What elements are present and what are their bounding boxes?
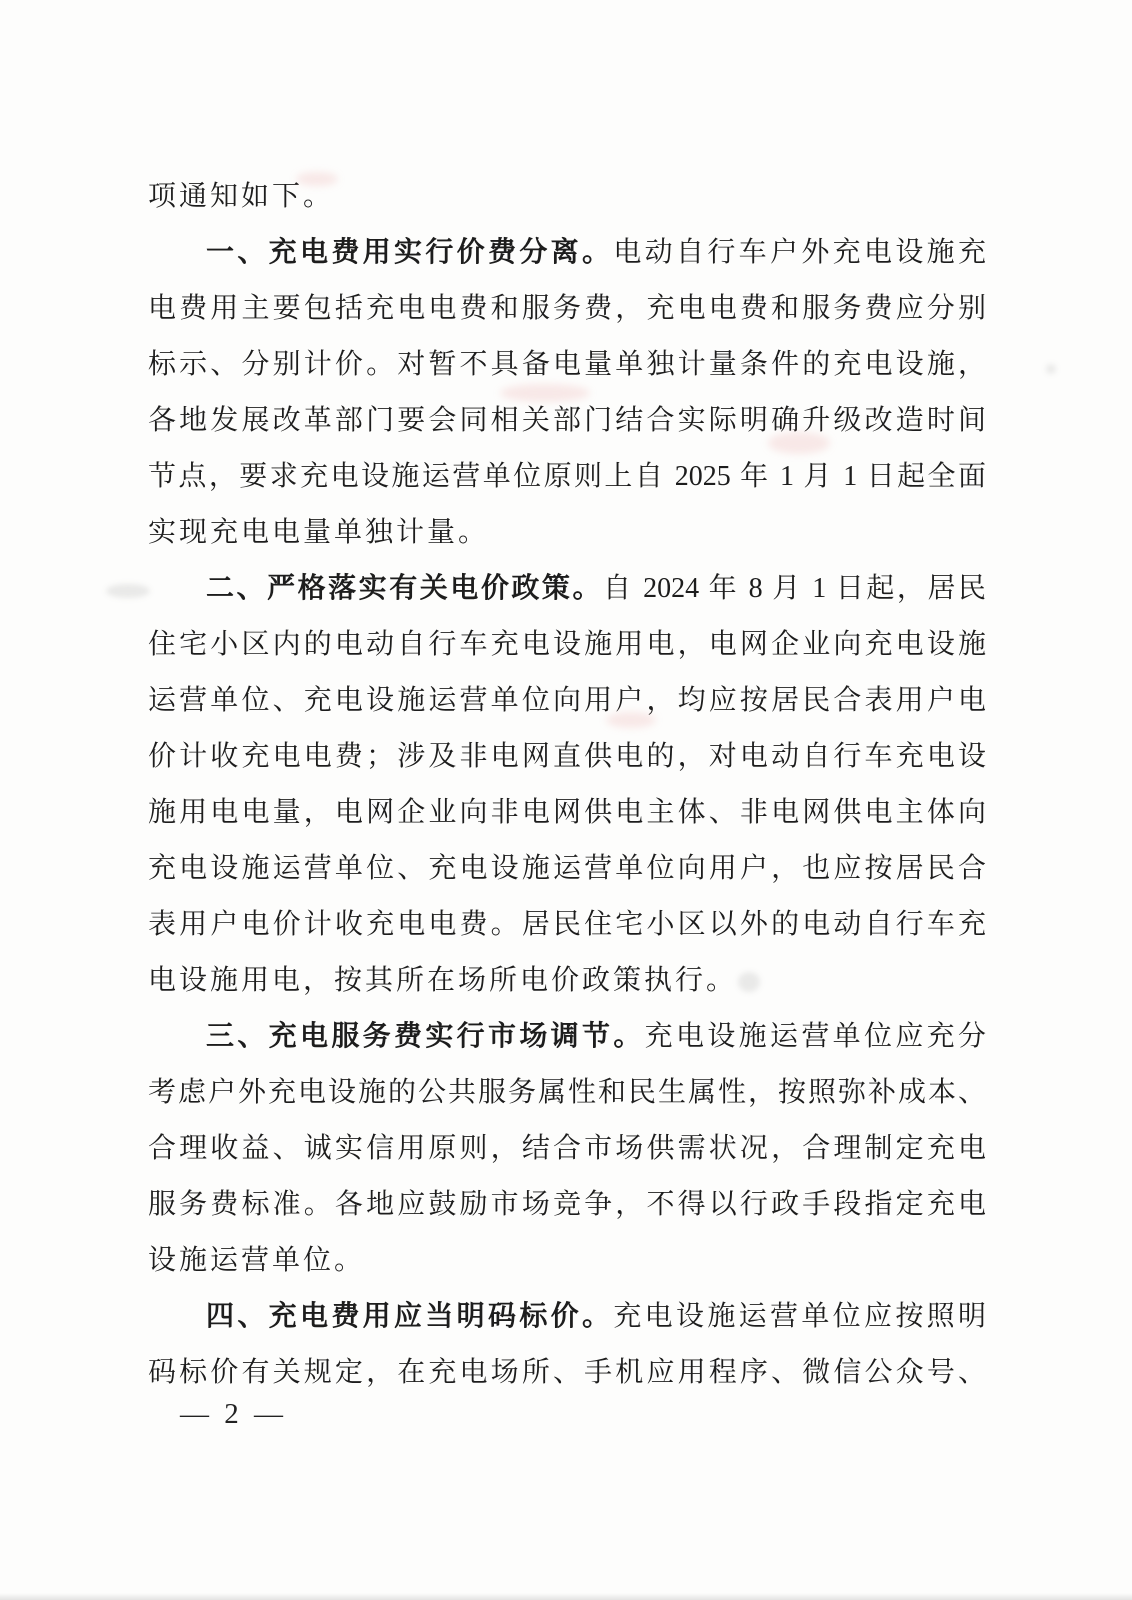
section-2-heading: 二、严格落实有关电价政策。 — [206, 572, 603, 603]
line-text: 表用户电价计收充电电费。居民住宅小区以外的电动自行车充 — [148, 909, 986, 940]
body-line: 施用电电量，电网企业向非电网供电主体、非电网供电主体向 — [148, 784, 986, 840]
line-text: 节点，要求充电设施运营单位原则上自 2025 年 1 月 1 日起全面 — [148, 461, 986, 492]
body-line-section-2-heading: 二、严格落实有关电价政策。自 2024 年 8 月 1 日起，居民 — [148, 560, 986, 616]
body-line-section-1-heading: 一、充电费用实行价费分离。电动自行车户外充电设施充 — [148, 224, 986, 280]
line-text: 项通知如下。 — [148, 181, 334, 212]
section-4-heading: 四、充电费用应当明码标价。 — [206, 1300, 613, 1331]
line-text: 运营单位、充电设施运营单位向用户，均应按居民合表用户电 — [148, 685, 986, 716]
scanned-document-page: 项通知如下。 一、充电费用实行价费分离。电动自行车户外充电设施充 电费用主要包括… — [0, 0, 1132, 1600]
body-line-section-3-heading: 三、充电服务费实行市场调节。充电设施运营单位应充分 — [148, 1008, 986, 1064]
line-text: 自 2024 年 8 月 1 日起，居民 — [603, 573, 986, 604]
section-1-heading: 一、充电费用实行价费分离。 — [206, 236, 613, 267]
line-text: 充电设施运营单位应充分 — [645, 1021, 986, 1052]
body-line: 表用户电价计收充电电费。居民住宅小区以外的电动自行车充 — [148, 896, 986, 952]
line-text: 充电设施运营单位应按照明 — [613, 1301, 986, 1332]
body-line: 电设施用电，按其所在场所电价政策执行。 — [148, 952, 986, 1008]
line-text: 考虑户外充电设施的公共服务属性和民生属性，按照弥补成本、 — [148, 1077, 986, 1108]
body-line: 项通知如下。 — [148, 168, 986, 224]
body-line: 服务费标准。各地应鼓励市场竞争，不得以行政手段指定充电 — [148, 1176, 986, 1232]
body-line: 考虑户外充电设施的公共服务属性和民生属性，按照弥补成本、 — [148, 1064, 986, 1120]
body-line-section-4-heading: 四、充电费用应当明码标价。充电设施运营单位应按照明 — [148, 1288, 986, 1344]
scan-artifact — [1046, 364, 1056, 374]
line-text: 合理收益、诚实信用原则，结合市场供需状况，合理制定充电 — [148, 1133, 986, 1164]
body-line: 标示、分别计价。对暂不具备电量单独计量条件的充电设施， — [148, 336, 986, 392]
body-line: 合理收益、诚实信用原则，结合市场供需状况，合理制定充电 — [148, 1120, 986, 1176]
line-text: 价计收充电电费；涉及非电网直供电的，对电动自行车充电设 — [148, 741, 986, 772]
body-line: 价计收充电电费；涉及非电网直供电的，对电动自行车充电设 — [148, 728, 986, 784]
body-line: 住宅小区内的电动自行车充电设施用电，电网企业向充电设施 — [148, 616, 986, 672]
line-text: 设施运营单位。 — [148, 1245, 365, 1276]
section-3-heading: 三、充电服务费实行市场调节。 — [206, 1020, 645, 1051]
line-text: 施用电电量，电网企业向非电网供电主体、非电网供电主体向 — [148, 797, 986, 828]
body-line: 运营单位、充电设施运营单位向用户，均应按居民合表用户电 — [148, 672, 986, 728]
body-line: 实现充电电量单独计量。 — [148, 504, 986, 560]
line-text: 标示、分别计价。对暂不具备电量单独计量条件的充电设施， — [148, 349, 986, 380]
line-text: 电动自行车户外充电设施充 — [613, 237, 986, 268]
body-line: 电费用主要包括充电电费和服务费，充电电费和服务费应分别 — [148, 280, 986, 336]
line-text: 住宅小区内的电动自行车充电设施用电，电网企业向充电设施 — [148, 629, 986, 660]
line-text: 实现充电电量单独计量。 — [148, 517, 489, 548]
document-body: 项通知如下。 一、充电费用实行价费分离。电动自行车户外充电设施充 电费用主要包括… — [148, 168, 986, 1400]
body-line: 节点，要求充电设施运营单位原则上自 2025 年 1 月 1 日起全面 — [148, 448, 986, 504]
line-text: 服务费标准。各地应鼓励市场竞争，不得以行政手段指定充电 — [148, 1189, 986, 1220]
scan-artifact — [106, 584, 150, 598]
line-text: 电设施用电，按其所在场所电价政策执行。 — [148, 965, 737, 996]
line-text: 码标价有关规定，在充电场所、手机应用程序、微信公众号、 — [148, 1357, 986, 1388]
line-text: 各地发展改革部门要会同相关部门结合实际明确升级改造时间 — [148, 405, 986, 436]
body-line: 设施运营单位。 — [148, 1232, 986, 1288]
line-text: 电费用主要包括充电电费和服务费，充电电费和服务费应分别 — [148, 293, 986, 324]
line-text: 充电设施运营单位、充电设施运营单位向用户，也应按居民合 — [148, 853, 986, 884]
body-line: 充电设施运营单位、充电设施运营单位向用户，也应按居民合 — [148, 840, 986, 896]
body-line: 码标价有关规定，在充电场所、手机应用程序、微信公众号、 — [148, 1344, 986, 1400]
page-number: — 2 — — [180, 1398, 287, 1431]
body-line: 各地发展改革部门要会同相关部门结合实际明确升级改造时间 — [148, 392, 986, 448]
